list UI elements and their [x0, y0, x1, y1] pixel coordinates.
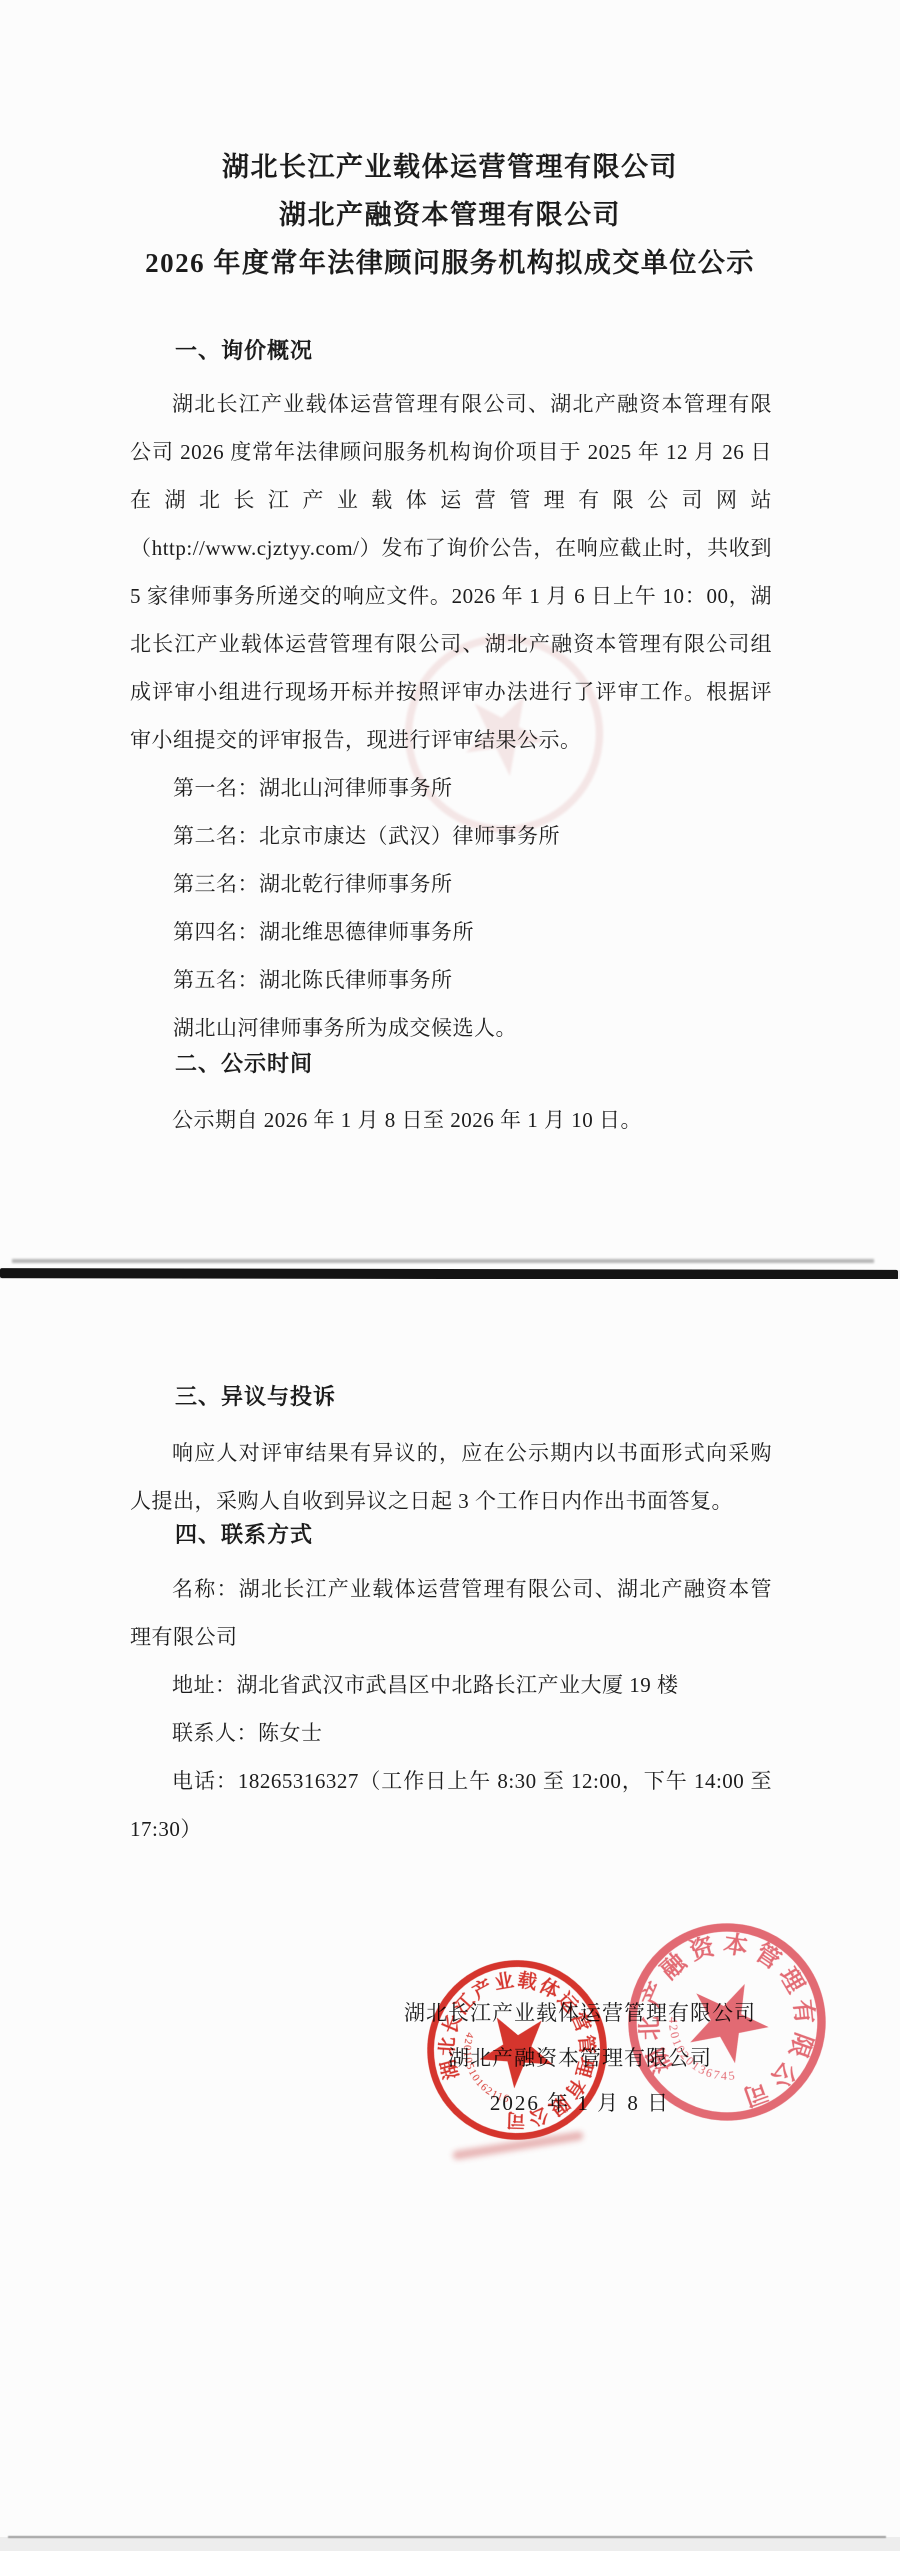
- ranking-item: 湖北山河律师事务所为成交候选人。: [173, 1004, 560, 1052]
- title-line-3: 2026 年度常年法律顾问服务机构拟成交单位公示: [0, 239, 900, 287]
- scanned-document: 湖北长江产业载体运营管理有限公司 湖北产融资本管理有限公司 2026 年度常年法…: [0, 0, 900, 2551]
- section2-heading: 二、公示时间: [175, 1050, 313, 1078]
- ranking-item: 第四名：湖北维思德律师事务所: [173, 908, 560, 956]
- page-1: 湖北长江产业载体运营管理有限公司 湖北产融资本管理有限公司 2026 年度常年法…: [0, 0, 900, 1270]
- section3-heading: 三、异议与投诉: [175, 1383, 336, 1411]
- contact-line: 联系人：陈女士: [130, 1709, 772, 1757]
- contact-line: 名称：湖北长江产业载体运营管理有限公司、湖北产融资本管理有限公司: [130, 1565, 772, 1661]
- title-line-2: 湖北产融资本管理有限公司: [0, 191, 900, 239]
- contact-list: 名称：湖北长江产业载体运营管理有限公司、湖北产融资本管理有限公司 地址：湖北省武…: [130, 1565, 772, 1853]
- page-2: 三、异议与投诉 响应人对评审结果有异议的，应在公示期内以书面形式向采购人提出，采…: [0, 1279, 900, 2537]
- bottom-page-edge: [8, 2536, 886, 2538]
- section1-heading: 一、询价概况: [175, 337, 313, 365]
- section4-heading: 四、联系方式: [175, 1521, 313, 1549]
- document-title: 湖北长江产业载体运营管理有限公司 湖北产融资本管理有限公司 2026 年度常年法…: [0, 143, 900, 287]
- contact-line: 地址：湖北省武汉市武昌区中北路长江产业大厦 19 楼: [130, 1661, 772, 1709]
- ranking-item: 第三名：湖北乾行律师事务所: [173, 860, 560, 908]
- title-line-1: 湖北长江产业载体运营管理有限公司: [0, 143, 900, 191]
- ranking-item: 第五名：湖北陈氏律师事务所: [173, 956, 560, 1004]
- contact-line: 电话：18265316327（工作日上午 8:30 至 12:00，下午 14:…: [130, 1757, 772, 1853]
- section3-paragraph: 响应人对评审结果有异议的，应在公示期内以书面形式向采购人提出，采购人自收到异议之…: [130, 1429, 772, 1525]
- section2-paragraph: 公示期自 2026 年 1 月 8 日至 2026 年 1 月 10 日。: [130, 1096, 772, 1144]
- page-edge-shadow: [12, 1259, 874, 1263]
